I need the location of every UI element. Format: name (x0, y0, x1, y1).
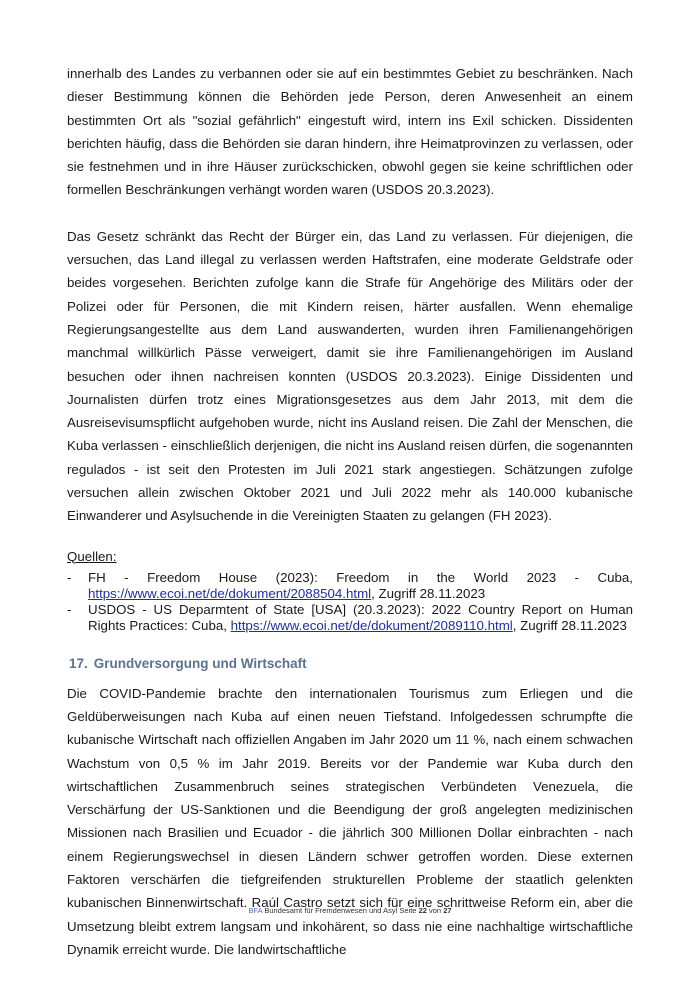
list-bullet: - (67, 570, 71, 586)
footer-brand: BFA (248, 906, 262, 915)
source-text: FH - Freedom House (2023): Freedom in th… (88, 570, 633, 586)
source-access-date: , Zugriff 28.11.2023 (371, 586, 485, 601)
section-paragraph: Die COVID-Pandemie brachte den internati… (67, 682, 633, 962)
list-bullet: - (67, 602, 71, 618)
sources-block: Quellen: - FH - Freedom House (2023): Fr… (67, 548, 633, 634)
section-title: Grundversorgung und Wirtschaft (94, 656, 307, 671)
source-link-fh[interactable]: https://www.ecoi.net/de/dokument/2088504… (88, 586, 371, 601)
source-list: - FH - Freedom House (2023): Freedom in … (67, 570, 633, 634)
source-link-usdos[interactable]: https://www.ecoi.net/de/dokument/2089110… (231, 618, 513, 633)
source-item-fh: - FH - Freedom House (2023): Freedom in … (67, 570, 633, 602)
source-item-usdos: - USDOS - US Deparmtent of State [USA] (… (67, 602, 633, 634)
footer-page-total: 27 (443, 906, 451, 915)
footer-page-number: 22 (419, 906, 427, 915)
document-page: innerhalb des Landes zu verbannen oder s… (67, 62, 633, 961)
section-number: 17. (69, 656, 88, 671)
sources-label: Quellen: (67, 548, 633, 566)
page-footer: BFA Bundesamt für Fremdenwesen und Asyl … (0, 906, 700, 915)
body-paragraph-2: Das Gesetz schränkt das Recht der Bürger… (67, 225, 633, 528)
section-heading: 17.Grundversorgung und Wirtschaft (67, 654, 633, 674)
footer-of: von (427, 906, 443, 915)
source-access-date: , Zugriff 28.11.2023 (513, 618, 627, 633)
footer-org: Bundesamt für Fremdenwesen und Asyl Seit… (262, 906, 418, 915)
body-paragraph-1: innerhalb des Landes zu verbannen oder s… (67, 62, 633, 202)
